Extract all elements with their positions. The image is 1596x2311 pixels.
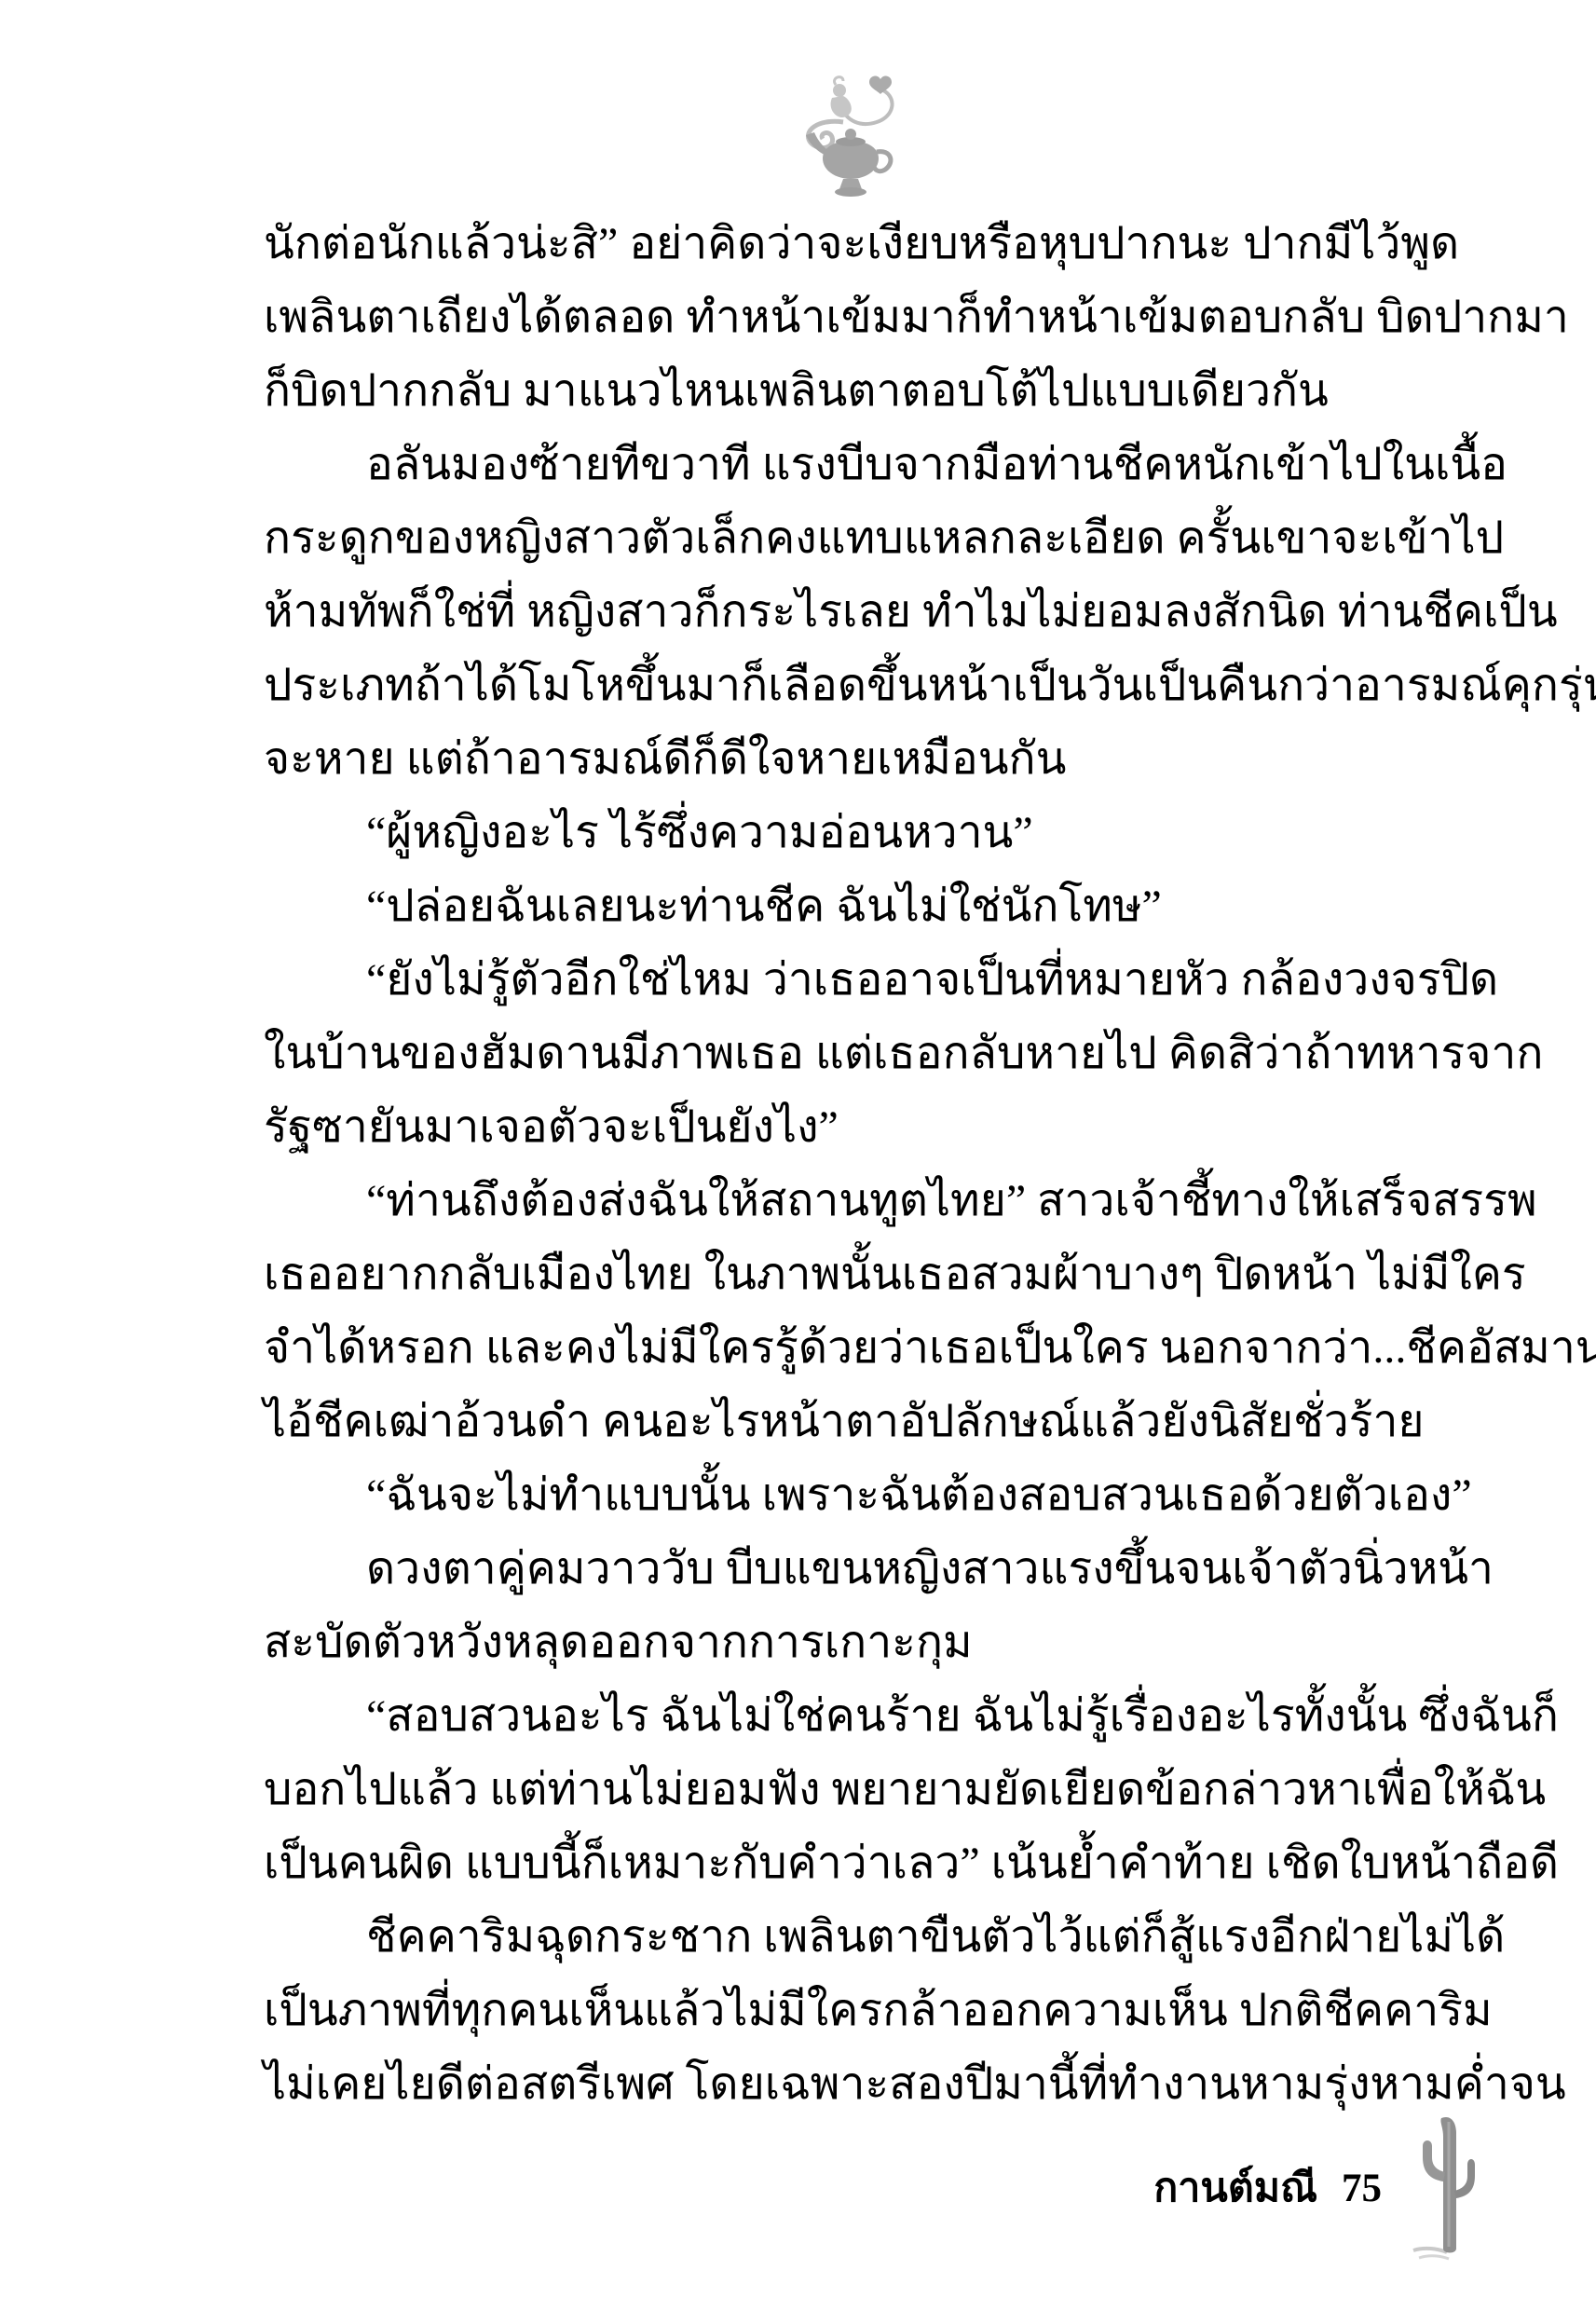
- text-line: ห้ามทัพก็ใช่ที่ หญิงสาวก็กระไรเลย ทำไมไม…: [264, 575, 1439, 649]
- cactus-ornament: [1406, 2109, 1486, 2265]
- text-line: เพลินตาเถียงได้ตลอด ทำหน้าเข้มมาก็ทำหน้า…: [264, 280, 1439, 354]
- text-line: ก็บิดปากกลับ มาแนวไหนเพลินตาตอบโต้ไปแบบเ…: [264, 354, 1439, 428]
- text-line: ชีคคาริมฉุดกระชาก เพลินตาขืนตัวไว้แต่ก็ส…: [264, 1900, 1439, 1974]
- text-line: ดวงตาคู่คมวาววับ บีบแขนหญิงสาวแรงขึ้นจนเ…: [264, 1532, 1439, 1606]
- text-line: ประเภทถ้าได้โมโหขึ้นมาก็เลือดขึ้นหน้าเป็…: [264, 649, 1439, 722]
- text-line: เป็นคนผิด แบบนี้ก็เหมาะกับคำว่าเลว” เน้น…: [264, 1826, 1439, 1900]
- text-line: เป็นภาพที่ทุกคนเห็นแล้วไม่มีใครกล้าออกคว…: [264, 1974, 1439, 2047]
- cactus-icon: [1406, 2109, 1486, 2265]
- text-line: “ยังไม่รู้ตัวอีกใช่ไหม ว่าเธออาจเป็นที่ห…: [264, 943, 1439, 1017]
- text-line: “สอบสวนอะไร ฉันไม่ใช่คนร้าย ฉันไม่รู้เรื…: [264, 1679, 1439, 1753]
- page-footer: กานต์มณี75: [1153, 2109, 1486, 2265]
- book-title: กานต์มณี: [1153, 2167, 1317, 2210]
- text-line: “ปล่อยฉันเลยนะท่านชีค ฉันไม่ใช่นักโทษ”: [264, 869, 1439, 943]
- footer-text: กานต์มณี75: [1153, 2155, 1382, 2219]
- text-line: รัฐซายันมาเจอตัวจะเป็นยังไง”: [264, 1090, 1439, 1164]
- text-line: กระดูกของหญิงสาวตัวเล็กคงแทบแหลกละเอียด …: [264, 501, 1439, 575]
- book-page: นักต่อนักแล้วน่ะสิ” อย่าคิดว่าจะเงียบหรื…: [0, 0, 1596, 2311]
- text-line: สะบัดตัวหวังหลุดออกจากการเกาะกุม: [264, 1606, 1439, 1679]
- genie-lamp-icon: [795, 70, 907, 200]
- text-line: จะหาย แต่ถ้าอารมณ์ดีก็ดีใจหายเหมือนกัน: [264, 722, 1439, 796]
- text-line: “ฉันจะไม่ทำแบบนั้น เพราะฉันต้องสอบสวนเธอ…: [264, 1458, 1439, 1532]
- body-text: นักต่อนักแล้วน่ะสิ” อย่าคิดว่าจะเงียบหรื…: [264, 207, 1439, 2121]
- page-number: 75: [1342, 2167, 1382, 2210]
- text-line: “ผู้หญิงอะไร ไร้ซึ่งความอ่อนหวาน”: [264, 796, 1439, 869]
- text-line: อลันมองซ้ายทีขวาที แรงบีบจากมือท่านชีคหน…: [264, 428, 1439, 501]
- genie-lamp-ornament: [795, 70, 907, 200]
- text-line: เธออยากกลับเมืองไทย ในภาพนั้นเธอสวมผ้าบา…: [264, 1238, 1439, 1311]
- text-line: “ท่านถึงต้องส่งฉันให้สถานทูตไทย” สาวเจ้า…: [264, 1164, 1439, 1238]
- text-line: จำได้หรอก และคงไม่มีใครรู้ด้วยว่าเธอเป็น…: [264, 1311, 1439, 1385]
- text-line: บอกไปแล้ว แต่ท่านไม่ยอมฟัง พยายามยัดเยีย…: [264, 1753, 1439, 1826]
- text-line: ในบ้านของฮัมดานมีภาพเธอ แต่เธอกลับหายไป …: [264, 1017, 1439, 1090]
- text-line: ไอ้ชีคเฒ่าอ้วนดำ คนอะไรหน้าตาอัปลักษณ์แล…: [264, 1385, 1439, 1458]
- text-line: นักต่อนักแล้วน่ะสิ” อย่าคิดว่าจะเงียบหรื…: [264, 207, 1439, 280]
